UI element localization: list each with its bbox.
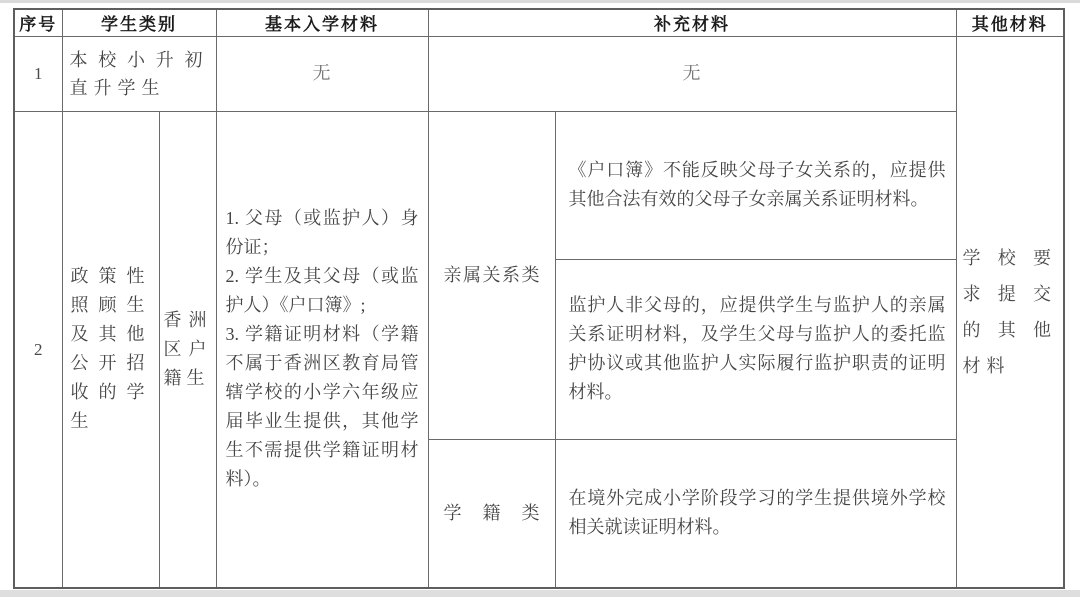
row1-basic-materials: 无 (216, 36, 428, 111)
row2-basic-materials: 1. 父母（或监护人）身份证； 2. 学生及其父母（或监护人）《户口簿》; 3.… (216, 111, 428, 588)
row2-index: 2 (14, 111, 62, 588)
basic-material-item: 1. 父母（或监护人）身份证； (226, 204, 419, 262)
supplement-enrollment-label: 学籍类 (428, 439, 555, 588)
row1-supplement-materials: 无 (428, 36, 956, 111)
kinship-item-2: 监护人非父母的，应提供学生与监护人的亲属关系证明材料，及学生父母与监护人的委托监… (555, 259, 956, 439)
enrollment-materials-table: 序号 学生类别 基本入学材料 补充材料 其他材料 1 本校小升初直升学生 无 无… (13, 8, 1065, 589)
page-edge-top (0, 0, 1080, 3)
header-other-materials: 其他材料 (956, 9, 1064, 36)
supplement-kinship-label: 亲属关系类 (428, 111, 555, 439)
header-supplement-materials: 补充材料 (428, 9, 956, 36)
header-index: 序号 (14, 9, 62, 36)
basic-material-item: 3. 学籍证明材料（学籍不属于香洲区教育局管辖学校的小学六年级应届毕业生提供，其… (226, 320, 419, 494)
other-materials-cell: 学校要求提交的其他材料 (956, 36, 1064, 588)
enrollment-item: 在境外完成小学阶段学习的学生提供境外学校相关就读证明材料。 (555, 439, 956, 588)
row2-household-type: 香洲区户籍生 (159, 111, 216, 588)
row1-category: 本校小升初直升学生 (62, 36, 216, 111)
header-student-category: 学生类别 (62, 9, 216, 36)
table-row-1: 1 本校小升初直升学生 无 无 学校要求提交的其他材料 (14, 36, 1064, 111)
kinship-item-1: 《户口簿》不能反映父母子女关系的，应提供其他合法有效的父母子女亲属关系证明材料。 (555, 111, 956, 259)
page-edge-bottom (0, 590, 1080, 597)
basic-material-item: 2. 学生及其父母（或监护人）《户口簿》; (226, 262, 419, 320)
header-basic-materials: 基本入学材料 (216, 9, 428, 36)
table-header-row: 序号 学生类别 基本入学材料 补充材料 其他材料 (14, 9, 1064, 36)
row2-category: 政策性照顾生及其他公开招收的学生 (62, 111, 159, 588)
table-row-2a: 2 政策性照顾生及其他公开招收的学生 香洲区户籍生 1. 父母（或监护人）身份证… (14, 111, 1064, 259)
row1-index: 1 (14, 36, 62, 111)
